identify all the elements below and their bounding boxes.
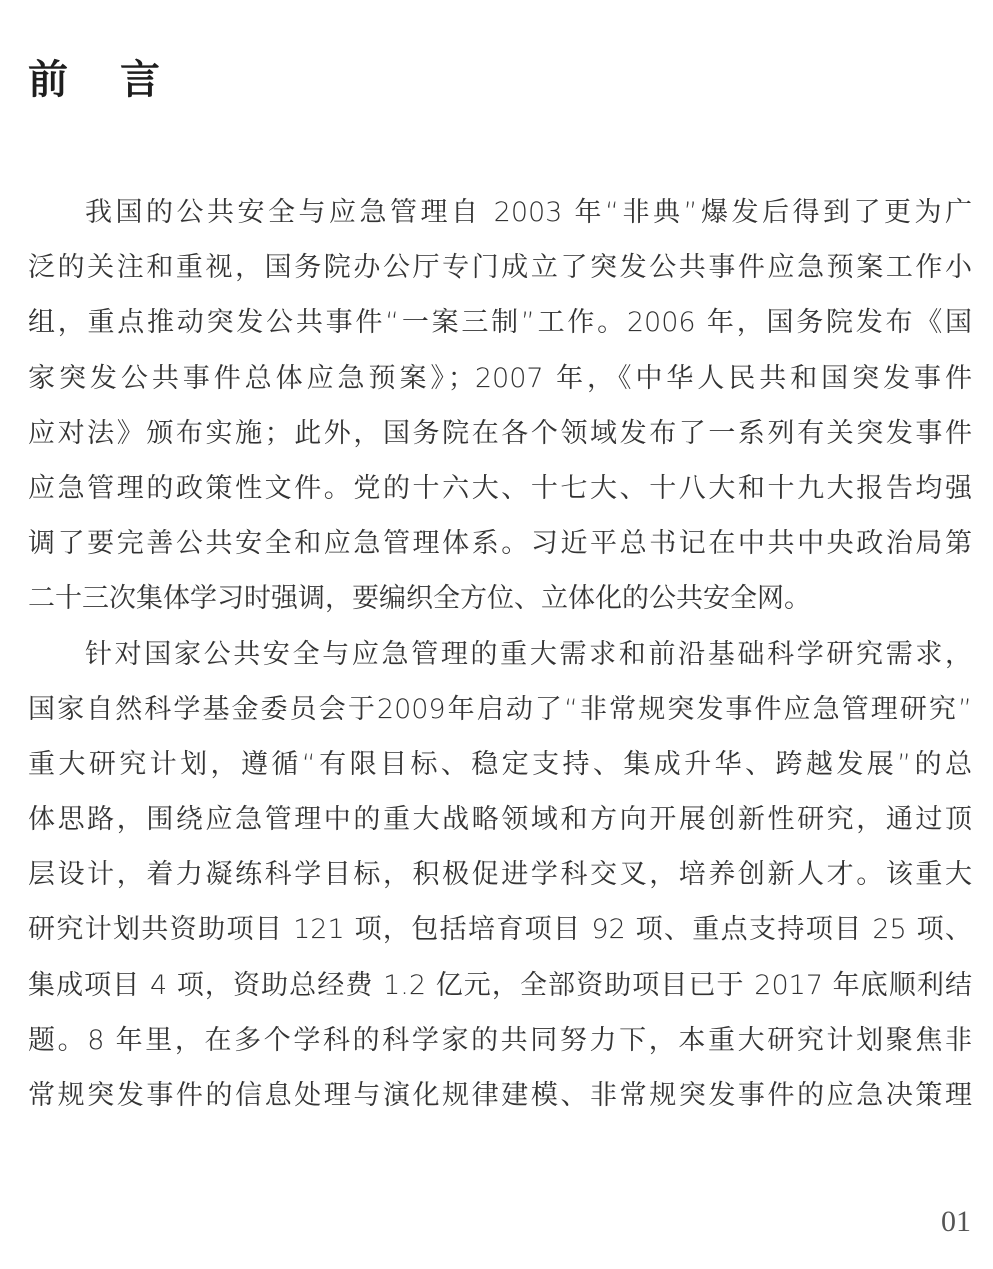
text-line: 调了要完善公共安全和应急管理体系。习近平总书记在中共中央政治局第 — [28, 521, 972, 576]
text-line: 组，重点推动突发公共事件“一案三制”工作。2006 年，国务院发布《国 — [28, 300, 972, 355]
text-line: 集成项目 4 项，资助总经费 1.2 亿元，全部资助项目已于 2017 年底顺利… — [28, 963, 972, 1018]
text-line: 重大研究计划，遵循“有限目标、稳定支持、集成升华、跨越发展”的总 — [28, 742, 972, 797]
text-line: 针对国家公共安全与应急管理的重大需求和前沿基础科学研究需求， — [28, 632, 972, 687]
text-line: 二十三次集体学习时强调，要编织全方位、立体化的公共安全网。 — [28, 576, 972, 631]
text-line: 应急管理的政策性文件。党的十六大、十七大、十八大和十九大报告均强 — [28, 466, 972, 521]
paragraph-2: 针对国家公共安全与应急管理的重大需求和前沿基础科学研究需求， 国家自然科学基金委… — [28, 632, 972, 1129]
text-line: 泛的关注和重视，国务院办公厅专门成立了突发公共事件应急预案工作小 — [28, 245, 972, 300]
text-line: 题。8 年里，在多个学科的科学家的共同努力下，本重大研究计划聚焦非 — [28, 1018, 972, 1073]
text-line: 层设计，着力凝练科学目标，积极促进学科交叉，培养创新人才。该重大 — [28, 852, 972, 907]
body-text: 我国的公共安全与应急管理自 2003 年“非典”爆发后得到了更为广 泛的关注和重… — [28, 190, 972, 1128]
text-line: 体思路，围绕应急管理中的重大战略领域和方向开展创新性研究，通过顶 — [28, 797, 972, 852]
paragraph-1: 我国的公共安全与应急管理自 2003 年“非典”爆发后得到了更为广 泛的关注和重… — [28, 190, 972, 632]
text-line: 国家自然科学基金委员会于2009年启动了“非常规突发事件应急管理研究” — [28, 687, 972, 742]
page-title: 前言 — [28, 55, 212, 105]
text-line: 我国的公共安全与应急管理自 2003 年“非典”爆发后得到了更为广 — [28, 190, 972, 245]
text-line: 常规突发事件的信息处理与演化规律建模、非常规突发事件的应急决策理 — [28, 1073, 972, 1128]
page-number: 01 — [941, 1205, 971, 1239]
text-line: 家突发公共事件总体应急预案》；2007 年，《中华人民共和国突发事件 — [28, 356, 972, 411]
text-line: 研究计划共资助项目 121 项，包括培育项目 92 项、重点支持项目 25 项、 — [28, 907, 972, 962]
text-line: 应对法》颁布实施；此外，国务院在各个领域发布了一系列有关突发事件 — [28, 411, 972, 466]
